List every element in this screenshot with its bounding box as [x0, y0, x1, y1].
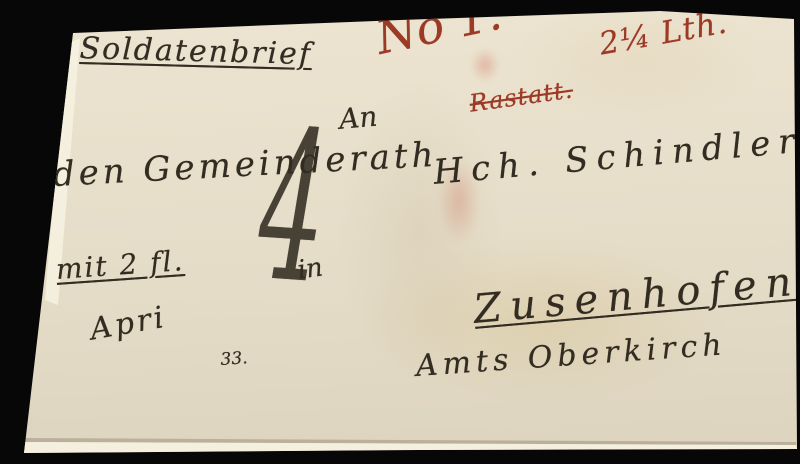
- fee-note: mit 2 fl.: [55, 247, 185, 284]
- address-destination: Zusenhofen: [472, 261, 800, 329]
- red-origin-rastatt-struck: Rastatt.: [468, 78, 574, 116]
- red-ink-smudge-small: [470, 48, 500, 82]
- address-district: Amts Oberkirch: [415, 330, 728, 382]
- bottom-crease: [0, 0, 800, 464]
- address-salutation: An: [338, 103, 379, 134]
- docket-month: Apri: [88, 303, 169, 346]
- bottom-fold-flap: [0, 0, 800, 464]
- address-recipient-name: Hch. Schindler: [432, 124, 800, 190]
- red-weight-marking: 2¼ Lth.: [597, 8, 730, 61]
- left-fold-edge: [0, 0, 800, 464]
- address-recipient-office: den Gemeinderath: [52, 138, 438, 192]
- letter-paper: Soldatenbrief No 1. 2¼ Lth. Rastatt. An …: [0, 0, 800, 464]
- postage-rate-marking: 4: [254, 104, 332, 315]
- address-preposition: in: [296, 255, 324, 284]
- docket-number: 33.: [220, 350, 248, 369]
- endorsement-soldatenbrief: Soldatenbrief: [79, 34, 312, 70]
- letter-photo: Soldatenbrief No 1. 2¼ Lth. Rastatt. An …: [0, 0, 800, 464]
